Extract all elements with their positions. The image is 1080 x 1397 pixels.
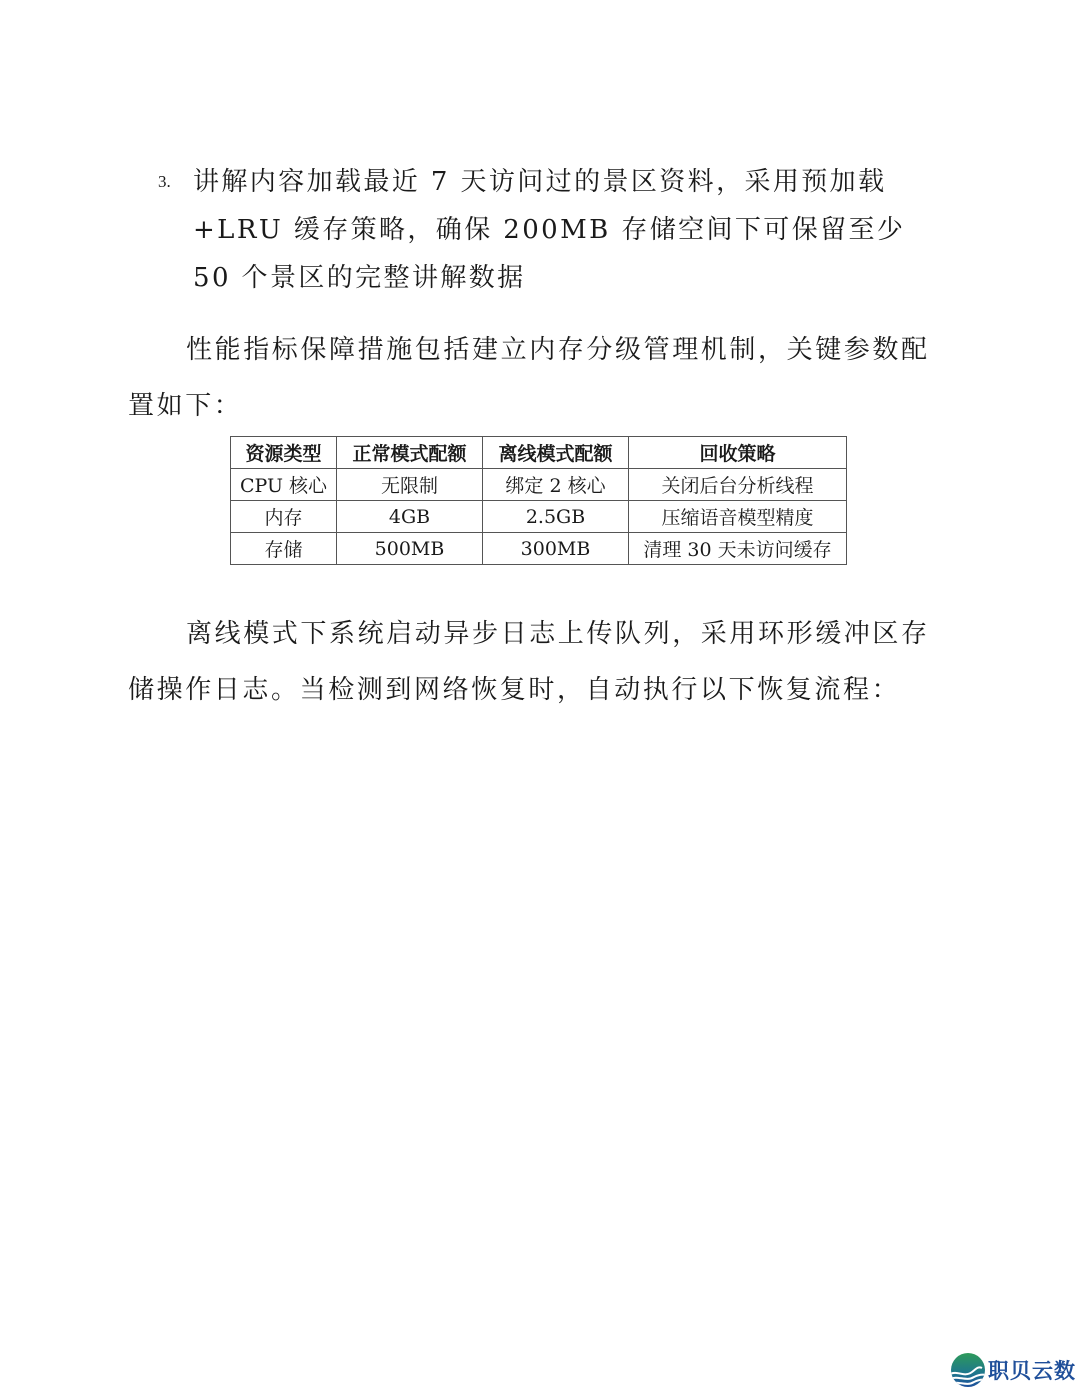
watermark-text: 职贝云数 [988, 1355, 1076, 1385]
table-row: CPU 核心 无限制 绑定 2 核心 关闭后台分析线程 [231, 469, 847, 501]
paragraph-offline-log: 离线模式下系统启动异步日志上传队列，采用环形缓冲区存储操作日志。当检测到网络恢复… [128, 606, 948, 718]
table-cell: 清理 30 天未访问缓存 [629, 533, 847, 565]
wave-globe-logo-icon [950, 1352, 986, 1388]
table-cell: 存储 [231, 533, 337, 565]
list-item-text: 讲解内容加载最近 7 天访问过的景区资料，采用预加载+LRU 缓存策略，确保 2… [193, 158, 953, 302]
table-cell: 500MB [337, 533, 483, 565]
table-header-row: 资源类型 正常模式配额 离线模式配额 回收策略 [231, 437, 847, 469]
header-cell: 资源类型 [231, 437, 337, 469]
table-cell: 无限制 [337, 469, 483, 501]
watermark-logo: 职贝云数 [950, 1352, 1076, 1388]
table-row: 内存 4GB 2.5GB 压缩语音模型精度 [231, 501, 847, 533]
table-cell: 2.5GB [483, 501, 629, 533]
header-cell: 回收策略 [629, 437, 847, 469]
document-page: 3. 讲解内容加载最近 7 天访问过的景区资料，采用预加载+LRU 缓存策略，确… [0, 0, 1080, 1397]
paragraph-performance: 性能指标保障措施包括建立内存分级管理机制，关键参数配置如下： [128, 322, 948, 434]
list-number: 3. [158, 172, 171, 192]
table-cell: 压缩语音模型精度 [629, 501, 847, 533]
header-cell: 离线模式配额 [483, 437, 629, 469]
table-cell: 绑定 2 核心 [483, 469, 629, 501]
table-cell: 内存 [231, 501, 337, 533]
table-cell: CPU 核心 [231, 469, 337, 501]
resource-config-table: 资源类型 正常模式配额 离线模式配额 回收策略 CPU 核心 无限制 绑定 2 … [230, 436, 847, 565]
table-cell: 4GB [337, 501, 483, 533]
table-cell: 关闭后台分析线程 [629, 469, 847, 501]
table-row: 存储 500MB 300MB 清理 30 天未访问缓存 [231, 533, 847, 565]
header-cell: 正常模式配额 [337, 437, 483, 469]
table-cell: 300MB [483, 533, 629, 565]
